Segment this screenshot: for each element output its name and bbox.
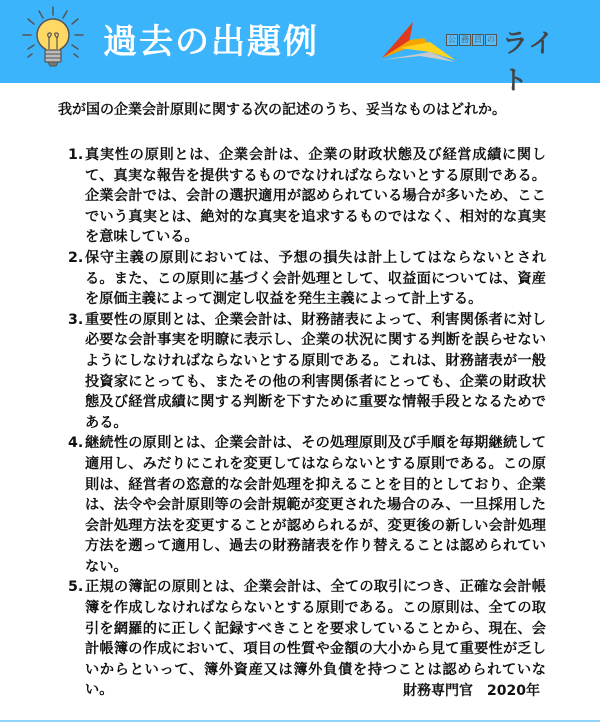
bottom-divider [0, 720, 600, 722]
brand-logo: 公 務 員 の ライト [380, 10, 580, 80]
question-text: 我が国の企業会計原則に関する次の記述のうち、妥当なものはどれか。 [58, 100, 558, 120]
choice-number: 1. [68, 145, 85, 248]
lightbulb-icon [18, 5, 88, 75]
choice-number: 4. [68, 433, 85, 577]
page-title: 過去の出題例 [103, 18, 319, 66]
choice-number: 5. [68, 577, 85, 701]
choice-text: 継続性の原則とは、企業会計は、その処理原則及び手順を毎期継続して適用し、みだりに… [85, 433, 546, 577]
source-citation: 財務専門官 2020年 [403, 680, 540, 700]
choice-item: 1. 真実性の原則とは、企業会計は、企業の財政状態及び経営成績に関して、真実な報… [68, 145, 546, 248]
choice-list: 1. 真実性の原則とは、企業会計は、企業の財政状態及び経営成績に関して、真実な報… [68, 145, 546, 701]
choice-item: 4. 継続性の原則とは、企業会計は、その処理原則及び手順を毎期継続して適用し、み… [68, 433, 546, 577]
choice-item: 3. 重要性の原則とは、企業会計は、財務諸表によって、利害関係者に対し必要な会計… [68, 310, 546, 434]
header-banner: 過去の出題例 公 務 員 の ライト [0, 0, 600, 83]
choice-number: 2. [68, 248, 85, 310]
logo-text: ライト [502, 23, 580, 97]
choice-text: 保守主義の原則においては、予想の損失は計上してはならないとされる。また、この原則… [85, 248, 546, 310]
choice-item: 2. 保守主義の原則においては、予想の損失は計上してはならないとされる。また、こ… [68, 248, 546, 310]
choice-text: 真実性の原則とは、企業会計は、企業の財政状態及び経営成績に関して、真実な報告を提… [85, 145, 546, 248]
logo-small-text: 公 務 員 の [446, 34, 497, 46]
choice-number: 3. [68, 310, 85, 434]
choice-text: 重要性の原則とは、企業会計は、財務諸表によって、利害関係者に対し必要な会計事実を… [85, 310, 546, 434]
